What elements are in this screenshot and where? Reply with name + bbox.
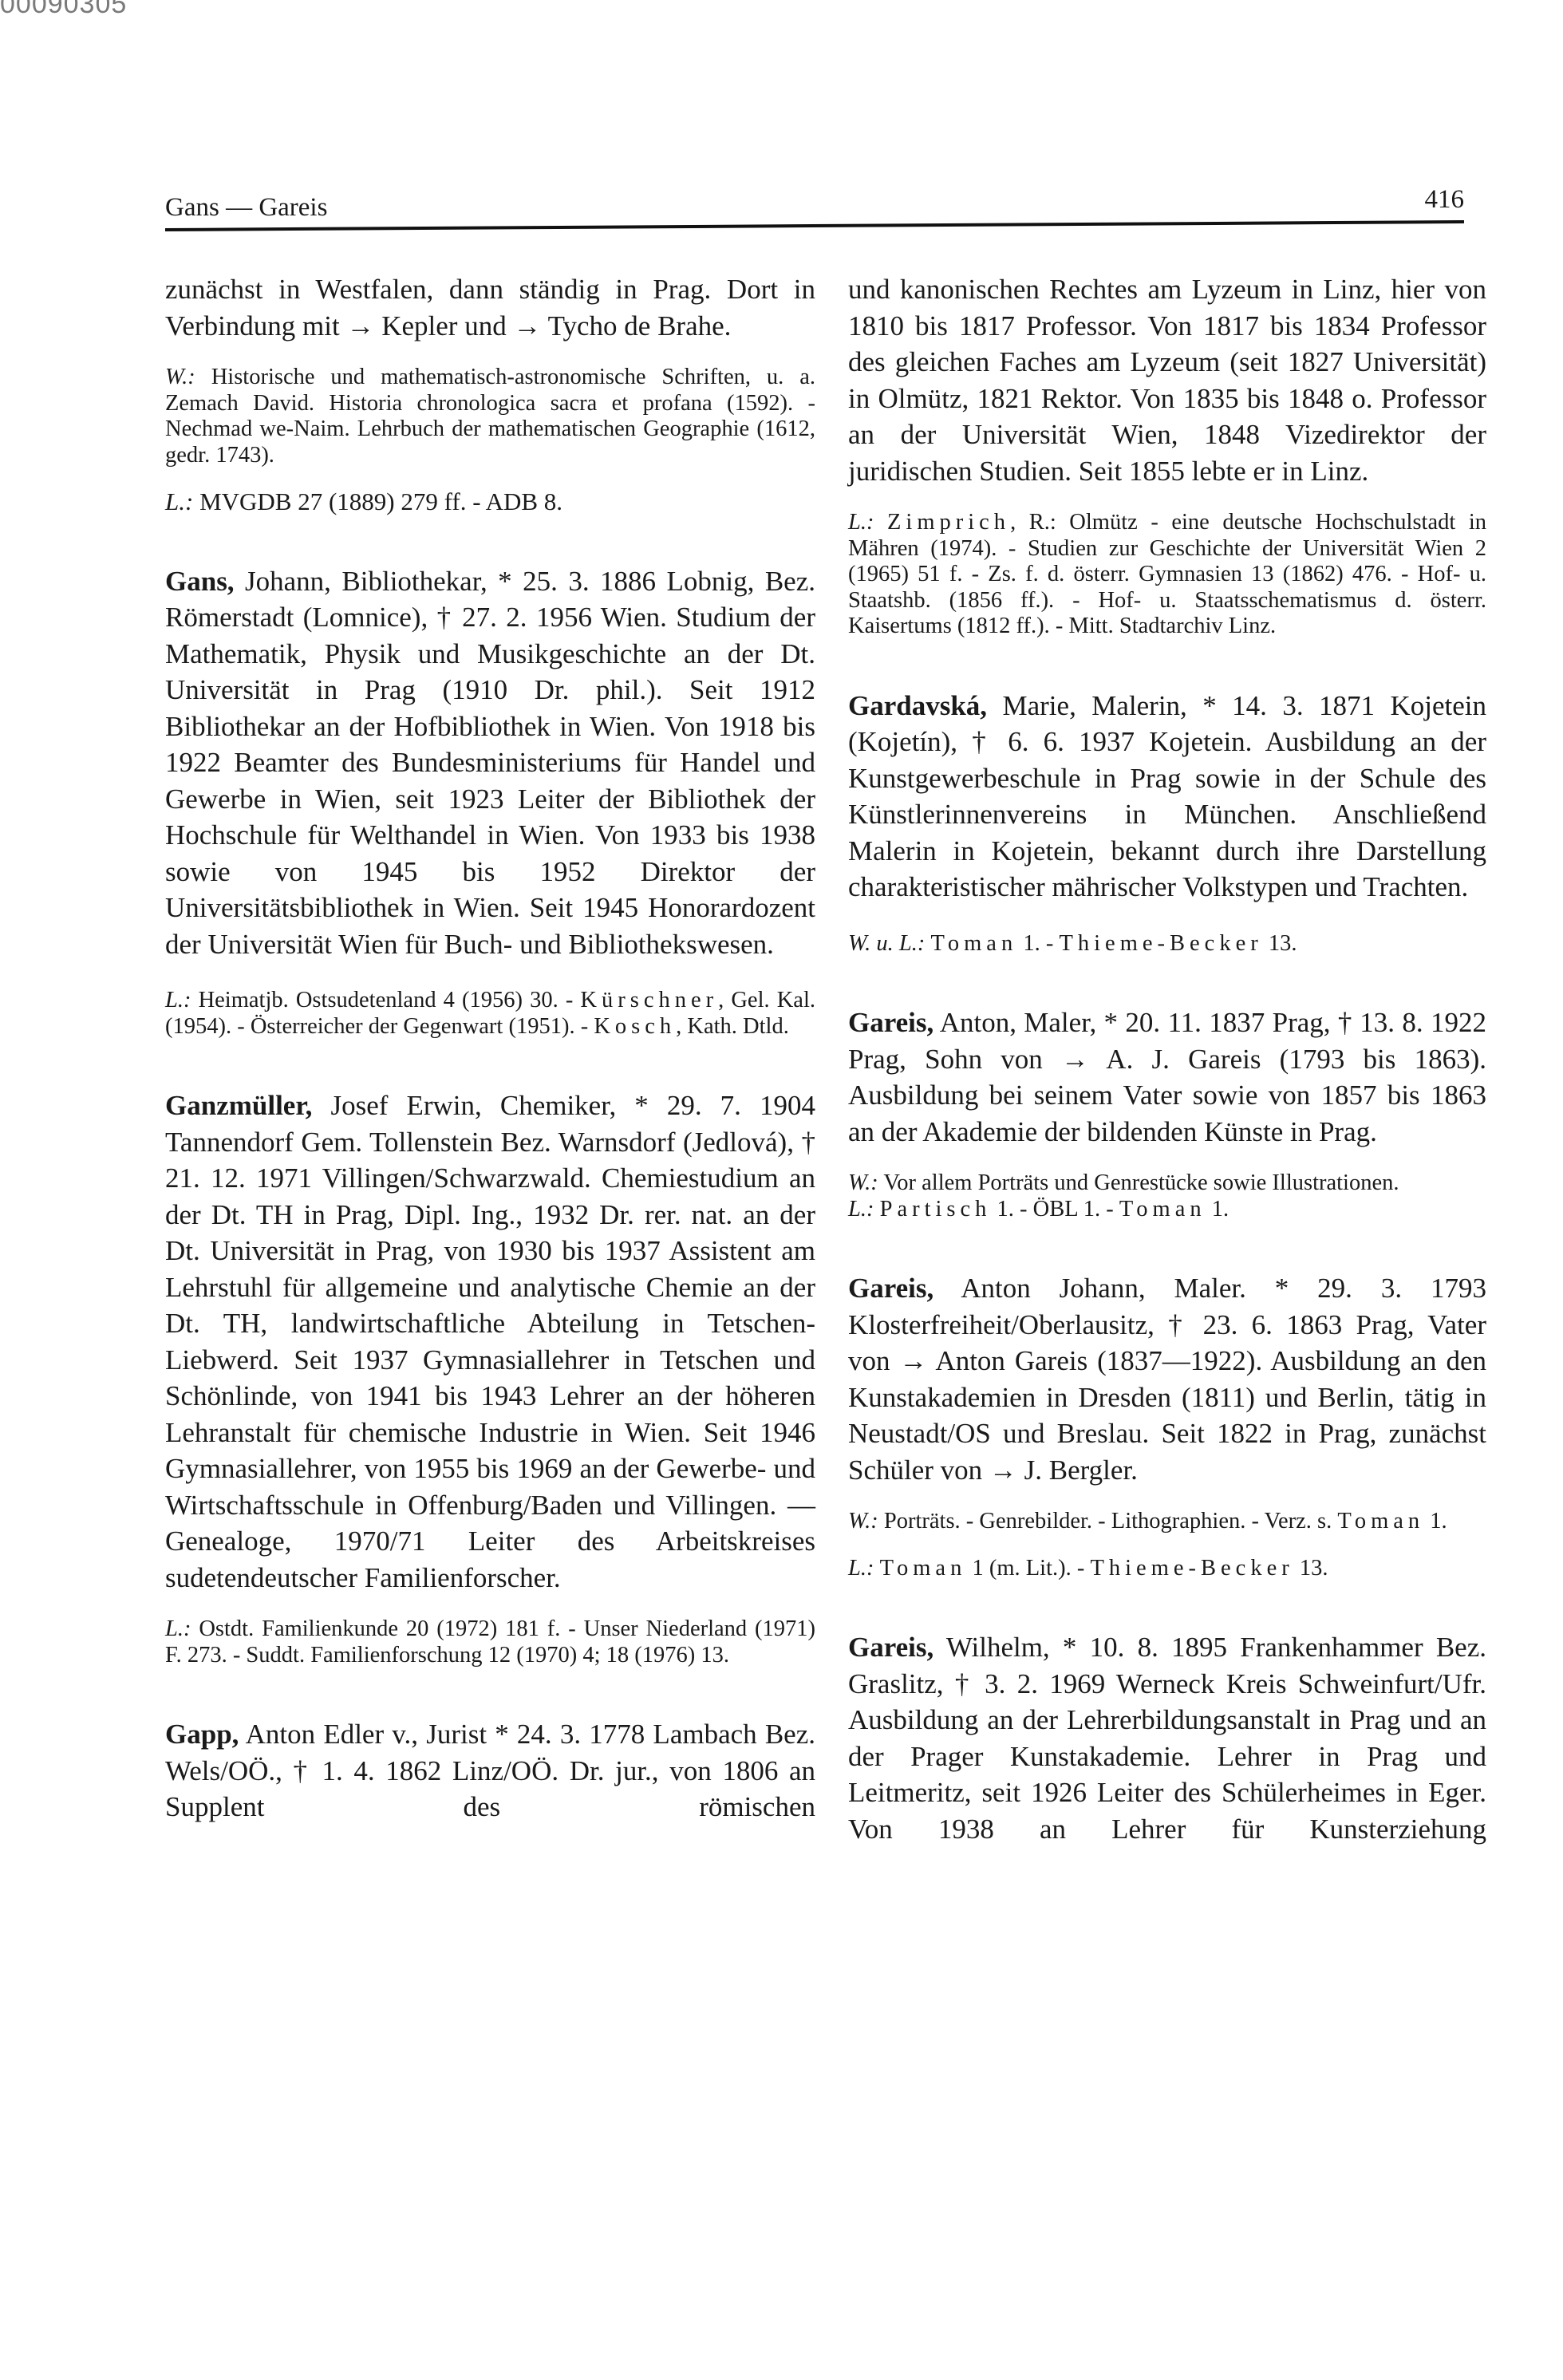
page-number: 416 [1425,185,1465,215]
literature-reference: L.: Partisch 1. - ÖBL 1. - Toman 1. [848,1197,1486,1223]
literature-text: , Kath. Dtld. [676,1014,789,1039]
works-reference: W.: Porträts. - Genrebilder. - Lithograp… [848,1509,1486,1535]
running-title: Gans — Gareis [165,193,327,223]
literature-text: Heimatjb. Ostsudetenland 4 (1956) 30. - [199,988,581,1012]
entry-gans: Gans, Johann, Bibliothekar, * 25. 3. 188… [165,563,815,1040]
entry-text: Johann, Bibliothekar, * 25. 3. 1886 Lobn… [165,566,815,960]
literature-reference: L.: Toman 1 (m. Lit.). - Thieme-Becker 1… [848,1556,1486,1582]
literature-text: 13. [1263,931,1297,956]
author-name: Thieme-Becker [1090,1556,1293,1581]
literature-label: L.: [165,487,193,515]
entry-lemma: Ganzmüller, [165,1090,312,1121]
literature-text: 1 (m. Lit.). - [966,1556,1090,1581]
works-text: Historische und mathematisch-astronomisc… [165,365,815,468]
author-name: Toman [930,931,1017,956]
literature-reference: L.: Ostdt. Familienkunde 20 (1972) 181 f… [165,1616,815,1668]
works-label: W.: [848,1509,878,1533]
author-name: Zimprich [887,510,1010,535]
literature-reference: L.: Zimprich, R.: Olmütz - eine deutsche… [848,510,1486,640]
author-name: Toman [880,1556,967,1581]
literature-text: 13. [1294,1556,1328,1581]
works-label: W.: [848,1170,878,1195]
entry-lemma: Gareis, [848,1273,933,1304]
works-label: W.: [165,365,195,389]
scan-id-watermark: 00090305 [0,0,127,20]
author-name: Toman [1119,1197,1206,1222]
entry-text: Anton, Maler, * 20. 11. 1837 Prag, † 13.… [848,1007,1486,1147]
entry-lemma: Gapp, [165,1719,239,1750]
entry-lemma: Gardavská, [848,690,987,721]
entry-lemma: Gareis, [848,1007,933,1038]
literature-text: 1. - [1017,931,1059,956]
entry-gapp: Gapp, Anton Edler v., Jurist * 24. 3. 17… [165,1716,815,1825]
author-name: Toman [1337,1509,1424,1533]
entry-gareis-anton: Gareis, Anton, Maler, * 20. 11. 1837 Pra… [848,1004,1486,1222]
author-name: Kosch [594,1014,676,1039]
entry-body: Gans, Johann, Bibliothekar, * 25. 3. 188… [165,563,815,963]
entry-gareis-anton-johann: Gareis, Anton Johann, Maler. * 29. 3. 17… [848,1270,1486,1581]
entry-lemma: Gareis, [848,1632,933,1663]
works-reference: W.: Vor allem Porträts und Genrestücke s… [848,1170,1486,1197]
entry-text: Anton Edler v., Jurist * 24. 3. 1778 Lam… [165,1719,815,1822]
literature-text: 1. [1206,1197,1229,1222]
reference-label: W. u. L.: [848,931,925,956]
works-literature-reference: W. u. L.: Toman 1. - Thieme-Becker 13. [848,931,1486,957]
entry-text: Anton Johann, Maler. * 29. 3. 1793 Klost… [848,1273,1486,1486]
entry-gareis-wilhelm: Gareis, Wilhelm, * 10. 8. 1895 Frankenha… [848,1629,1486,1847]
entry-ganzmueller: Ganzmüller, Josef Erwin, Chemiker, * 29.… [165,1087,815,1668]
entry-text: Josef Erwin, Chemiker, * 29. 7. 1904 Tan… [165,1090,815,1593]
literature-label: L.: [165,988,191,1012]
works-text: Porträts. - Genrebilder. - Lithographien… [884,1509,1338,1533]
entry-body: Ganzmüller, Josef Erwin, Chemiker, * 29.… [165,1087,815,1596]
literature-text: MVGDB 27 (1889) 279 ff. - ADB 8. [199,487,562,515]
literature-reference: L.: MVGDB 27 (1889) 279 ff. - ADB 8. [165,489,815,515]
entry-body: Gareis, Anton, Maler, * 20. 11. 1837 Pra… [848,1004,1486,1150]
entry-body: Gardavská, Marie, Malerin, * 14. 3. 1871… [848,688,1486,906]
entry-text: Marie, Malerin, * 14. 3. 1871 Kojetein (… [848,690,1486,903]
continuation-text: und kanonischen Rechtes am Lyzeum in Lin… [848,271,1486,489]
right-column: und kanonischen Rechtes am Lyzeum in Lin… [848,271,1486,1847]
works-reference: W.: Historische und mathematisch-astrono… [165,365,815,468]
entry-gardavska: Gardavská, Marie, Malerin, * 14. 3. 1871… [848,688,1486,957]
author-name: Thieme-Becker [1059,931,1262,956]
continuation-text: zunächst in Westfalen, dann ständig in P… [165,271,815,344]
author-name: Kürschner [580,988,718,1012]
works-text: 1. [1424,1509,1447,1533]
author-name: Partisch [880,1197,992,1222]
literature-label: L.: [848,510,874,535]
entry-text: Wilhelm, * 10. 8. 1895 Frankenhammer Bez… [848,1632,1486,1845]
entry-body: Gareis, Wilhelm, * 10. 8. 1895 Frankenha… [848,1629,1486,1847]
entry-body: Gapp, Anton Edler v., Jurist * 24. 3. 17… [165,1716,815,1825]
literature-label: L.: [165,1616,191,1641]
entry-lemma: Gans, [165,566,235,597]
literature-text: 1. - ÖBL 1. - [991,1197,1119,1222]
works-text: Vor allem Porträts und Genrestücke sowie… [883,1170,1399,1195]
literature-label: L.: [848,1556,874,1581]
literature-text: Ostdt. Familienkunde 20 (1972) 181 f. - … [165,1616,815,1668]
literature-label: L.: [848,1197,874,1222]
left-column: zunächst in Westfalen, dann ständig in P… [165,271,815,1825]
literature-reference: L.: Heimatjb. Ostsudetenland 4 (1956) 30… [165,988,815,1040]
entry-body: Gareis, Anton Johann, Maler. * 29. 3. 17… [848,1270,1486,1488]
